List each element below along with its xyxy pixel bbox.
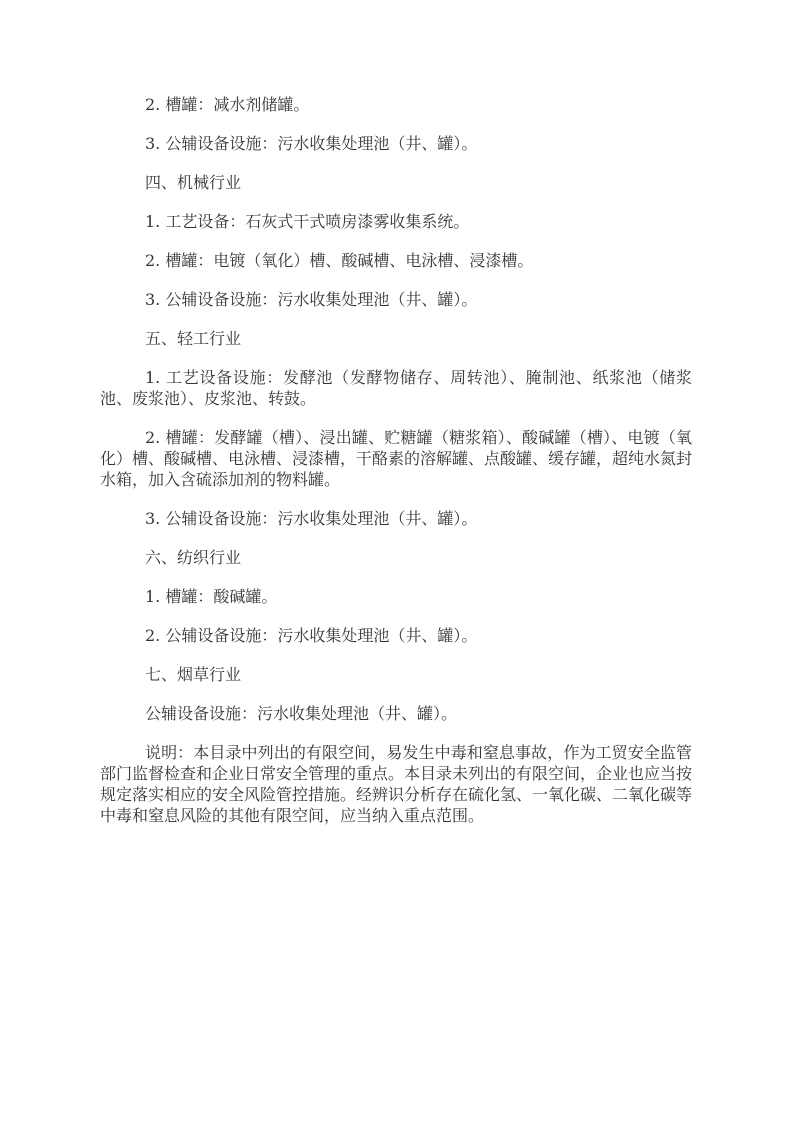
paragraph: 3. 公辅设备设施：污水收集处理池（井、罐）。 [100, 508, 692, 529]
section-heading: 四、机械行业 [100, 172, 692, 193]
paragraph: 2. 公辅设备设施：污水收集处理池（井、罐）。 [100, 625, 692, 646]
note-paragraph: 说明：本目录中列出的有限空间，易发生中毒和窒息事故，作为工贸安全监管部门监督检查… [100, 742, 692, 826]
paragraph: 1. 槽罐：酸碱罐。 [100, 586, 692, 607]
paragraph: 1. 工艺设备设施：发酵池（发酵物储存、周转池）、腌制池、纸浆池（储浆池、废浆池… [100, 367, 692, 409]
document-page: { "page": { "background_color": "#ffffff… [0, 0, 793, 1122]
paragraph: 3. 公辅设备设施：污水收集处理池（井、罐）。 [100, 133, 692, 154]
section-heading: 七、烟草行业 [100, 664, 692, 685]
paragraph: 2. 槽罐：电镀（氧化）槽、酸碱槽、电泳槽、浸漆槽。 [100, 250, 692, 271]
paragraph: 1. 工艺设备：石灰式干式喷房漆雾收集系统。 [100, 211, 692, 232]
paragraph: 2. 槽罐：发酵罐（槽）、浸出罐、贮糖罐（糖浆箱）、酸碱罐（槽）、电镀（氧化）槽… [100, 427, 692, 490]
paragraph-list: 2. 槽罐：减水剂储罐。3. 公辅设备设施：污水收集处理池（井、罐）。四、机械行… [100, 94, 692, 826]
paragraph: 3. 公辅设备设施：污水收集处理池（井、罐）。 [100, 289, 692, 310]
paragraph: 2. 槽罐：减水剂储罐。 [100, 94, 692, 115]
section-heading: 五、轻工行业 [100, 328, 692, 349]
section-heading: 六、纺织行业 [100, 547, 692, 568]
document-content: 2. 槽罐：减水剂储罐。3. 公辅设备设施：污水收集处理池（井、罐）。四、机械行… [100, 76, 692, 844]
paragraph: 公辅设备设施：污水收集处理池（井、罐）。 [100, 703, 692, 724]
